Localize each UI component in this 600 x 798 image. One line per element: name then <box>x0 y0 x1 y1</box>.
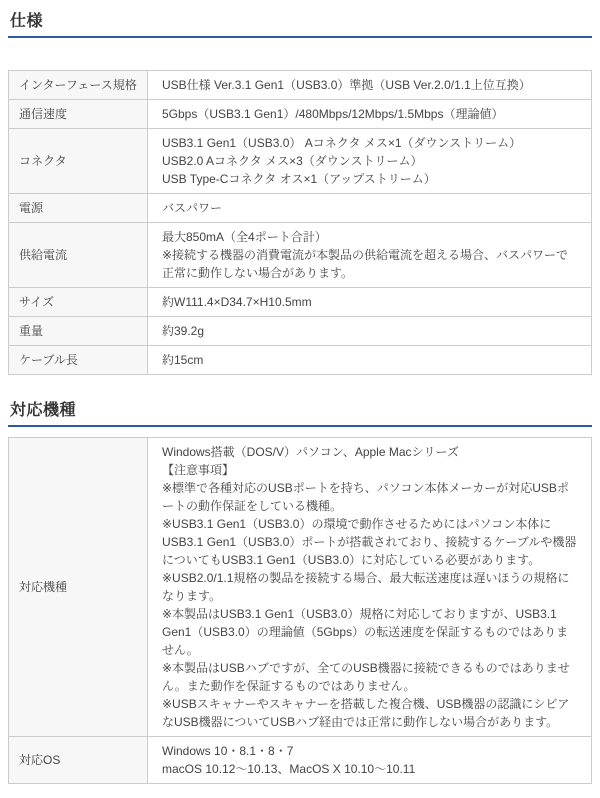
spec-value-supported-os: Windows 10・8.1・8・7 macOS 10.12～10.13、Mac… <box>148 737 592 784</box>
spec-value-supply-current: 最大850mA（全4ポート合計） ※接続する機器の消費電流が本製品の供給電流を超… <box>148 223 592 288</box>
spec-label-supported-os: 対応OS <box>9 737 148 784</box>
table-row: 対応OS Windows 10・8.1・8・7 macOS 10.12～10.1… <box>9 737 592 784</box>
spec-value-weight: 約39.2g <box>148 317 592 346</box>
spec-label-compatible-models: 対応機種 <box>9 438 148 737</box>
spec-label-connector: コネクタ <box>9 129 148 194</box>
table-row: 供給電流 最大850mA（全4ポート合計） ※接続する機器の消費電流が本製品の供… <box>9 223 592 288</box>
compatibility-table: 対応機種 Windows搭載（DOS/V）パソコン、Apple Macシリーズ … <box>8 437 592 784</box>
spec-value-size: 約W111.4×D34.7×H10.5mm <box>148 288 592 317</box>
spec-label-size: サイズ <box>9 288 148 317</box>
table-row: 対応機種 Windows搭載（DOS/V）パソコン、Apple Macシリーズ … <box>9 438 592 737</box>
table-row: インターフェース規格 USB仕様 Ver.3.1 Gen1（USB3.0）準拠（… <box>9 71 592 100</box>
section-title-spec: 仕様 <box>8 6 592 38</box>
section-title-compatible-models: 対応機種 <box>8 395 592 427</box>
table-row: ケーブル長 約15cm <box>9 346 592 375</box>
spec-label-supply-current: 供給電流 <box>9 223 148 288</box>
spec-value-cable-length: 約15cm <box>148 346 592 375</box>
spec-label-weight: 重量 <box>9 317 148 346</box>
spec-label-cable-length: ケーブル長 <box>9 346 148 375</box>
spec-value-speed: 5Gbps（USB3.1 Gen1）/480Mbps/12Mbps/1.5Mbp… <box>148 100 592 129</box>
table-row: 電源 バスパワー <box>9 194 592 223</box>
spec-value-interface: USB仕様 Ver.3.1 Gen1（USB3.0）準拠（USB Ver.2.0… <box>148 71 592 100</box>
table-row: サイズ 約W111.4×D34.7×H10.5mm <box>9 288 592 317</box>
spec-label-power: 電源 <box>9 194 148 223</box>
table-row: 通信速度 5Gbps（USB3.1 Gen1）/480Mbps/12Mbps/1… <box>9 100 592 129</box>
spec-label-interface: インターフェース規格 <box>9 71 148 100</box>
spec-value-power: バスパワー <box>148 194 592 223</box>
spec-value-compatible-models: Windows搭載（DOS/V）パソコン、Apple Macシリーズ 【注意事項… <box>148 438 592 737</box>
spec-label-speed: 通信速度 <box>9 100 148 129</box>
spec-page: 仕様 インターフェース規格 USB仕様 Ver.3.1 Gen1（USB3.0）… <box>0 0 600 798</box>
table-row: コネクタ USB3.1 Gen1（USB3.0） Aコネクタ メス×1（ダウンス… <box>9 129 592 194</box>
table-row: 重量 約39.2g <box>9 317 592 346</box>
spec-value-connector: USB3.1 Gen1（USB3.0） Aコネクタ メス×1（ダウンストリーム）… <box>148 129 592 194</box>
spec-table: インターフェース規格 USB仕様 Ver.3.1 Gen1（USB3.0）準拠（… <box>8 70 592 375</box>
